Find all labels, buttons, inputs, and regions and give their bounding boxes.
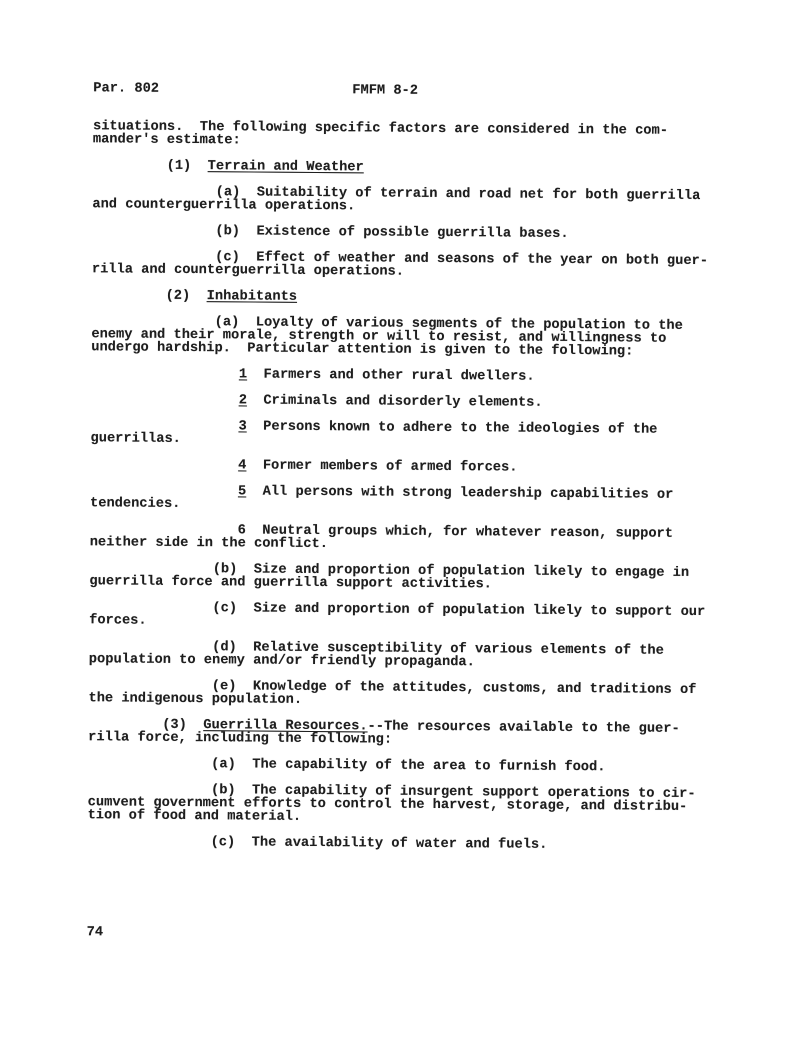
scanned-content: Par. 802 FMFM 8-2 situations. The follow… <box>0 0 802 1040</box>
doc-text: (b) Existence of possible guerrilla base… <box>92 223 569 242</box>
doc-text: guerrillas. <box>90 431 180 447</box>
underlined-heading: 5 <box>238 484 246 499</box>
doc-text: neither side in the conflict. <box>90 535 328 552</box>
doc-text: tion of food and material. <box>88 808 302 825</box>
doc-line: (2) Inhabitants <box>92 289 752 307</box>
doc-line: 2 Criminals and disorderly elements. <box>91 393 751 411</box>
doc-line: (c) The availability of water and fuels. <box>87 835 747 853</box>
doc-text: Farmers and other rural dwellers. <box>247 367 535 384</box>
underlined-heading: 4 <box>238 458 246 473</box>
doc-line: (1) Terrain and Weather <box>93 159 753 177</box>
doc-text: (c) The availability of water and fuels. <box>87 834 547 853</box>
doc-text <box>91 392 239 408</box>
doc-line: 1 Farmers and other rural dwellers. <box>91 367 751 385</box>
doc-text <box>91 366 239 382</box>
page-header: Par. 802 FMFM 8-2 <box>0 81 49 94</box>
doc-text: tendencies. <box>90 496 180 512</box>
underlined-heading: Inhabitants <box>207 289 297 305</box>
doc-text: --The resources available to the guer- <box>368 719 680 736</box>
document-page: Par. 802 FMFM 8-2 situations. The follow… <box>0 0 802 1040</box>
doc-text: (a) The capability of the area to furnis… <box>88 756 606 775</box>
page-number: 74 <box>87 926 104 939</box>
document-body: situations. The following specific facto… <box>87 120 753 853</box>
doc-text: rilla and counterguerrilla operations. <box>92 262 404 279</box>
doc-text: (2) <box>92 288 207 304</box>
underlined-heading: 1 <box>239 367 247 382</box>
doc-text: Former members of armed forces. <box>246 458 517 475</box>
underlined-heading: 2 <box>239 393 247 408</box>
doc-text: rilla force, including the following: <box>88 730 392 747</box>
doc-text: and counterguerrilla operations. <box>92 197 355 214</box>
doc-text: forces. <box>89 613 147 628</box>
doc-line: (b) Existence of possible guerrilla base… <box>92 224 752 242</box>
doc-text: guerrilla force and guerrilla support ac… <box>89 574 492 592</box>
doc-text: population to enemy and/or friendly prop… <box>89 652 475 670</box>
doc-text: mander's estimate: <box>93 132 241 148</box>
doc-text: undergo hardship. Particular attention i… <box>91 340 633 359</box>
doc-text: Criminals and disorderly elements. <box>247 393 543 410</box>
underlined-heading: 3 <box>238 419 246 434</box>
underlined-heading: Terrain and Weather <box>208 159 364 175</box>
doc-line: (a) The capability of the area to furnis… <box>88 757 748 775</box>
doc-text: Persons known to adhere to the ideologie… <box>247 419 658 437</box>
doc-text: the indigenous population. <box>88 691 302 708</box>
manual-title: FMFM 8-2 <box>352 83 418 99</box>
paragraph-reference: Par. 802 <box>93 81 159 97</box>
doc-line: 4 Former members of armed forces. <box>90 458 750 476</box>
doc-text <box>90 457 238 473</box>
doc-text: (1) <box>93 158 208 174</box>
